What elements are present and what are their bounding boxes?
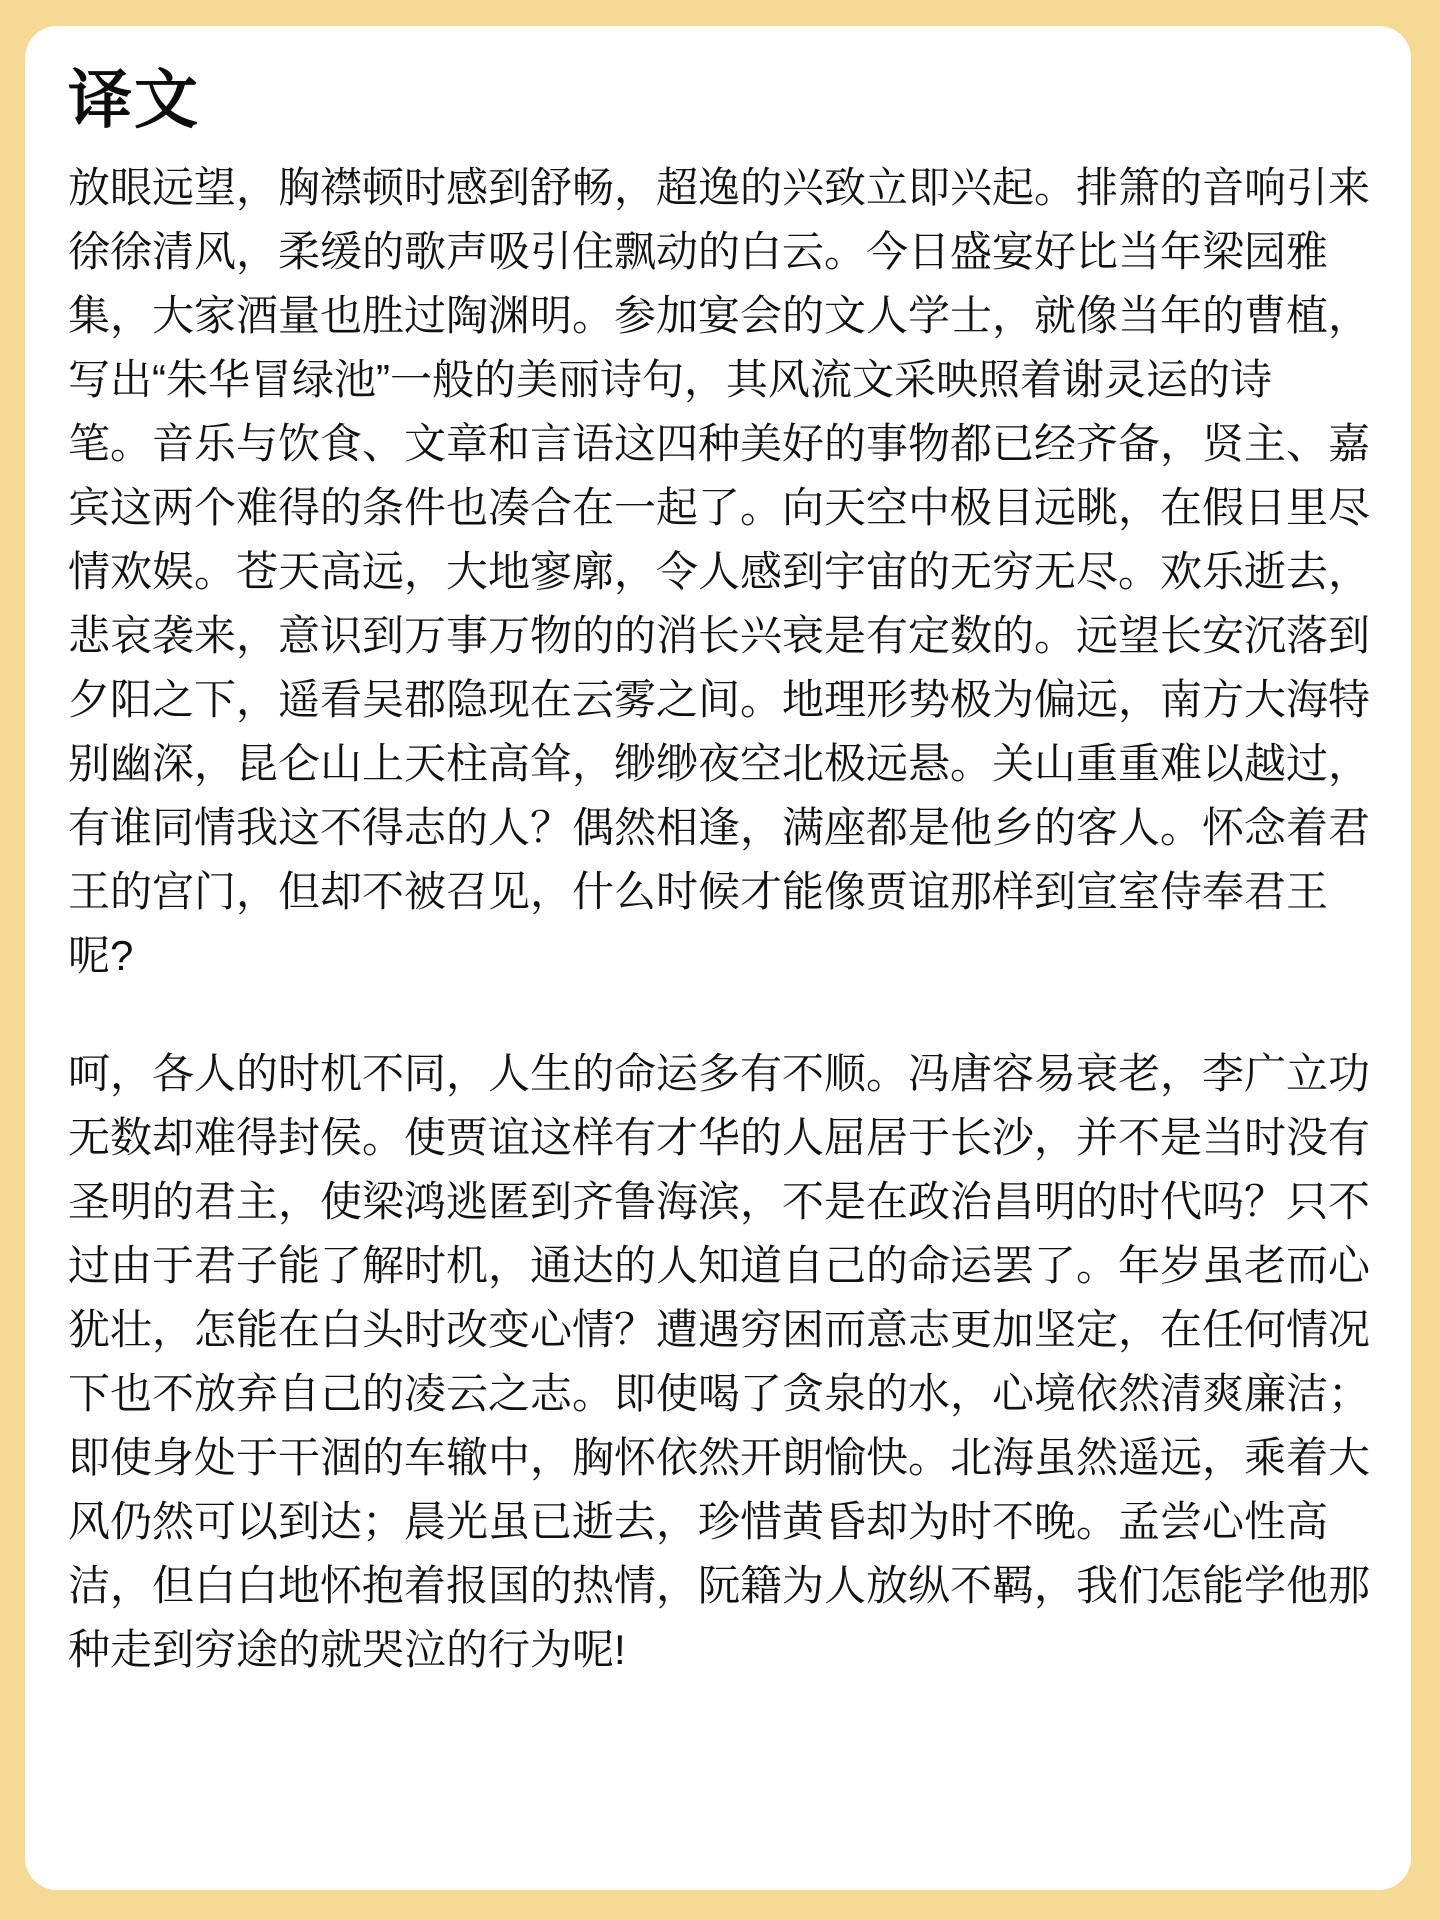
translation-paragraph-1: 放眼远望，胸襟顿时感到舒畅，超逸的兴致立即兴起。排箫的音响引来 徐徐清风，柔缓的…: [68, 156, 1383, 988]
translation-paragraph-2: 呵，各人的时机不同，人生的命运多有不顺。冯唐容易衰老，李广立功 无数却难得封侯。…: [68, 1042, 1383, 1682]
page-background: 译文 放眼远望，胸襟顿时感到舒畅，超逸的兴致立即兴起。排箫的音响引来 徐徐清风，…: [0, 0, 1440, 1920]
card-content: 译文 放眼远望，胸襟顿时感到舒畅，超逸的兴致立即兴起。排箫的音响引来 徐徐清风，…: [25, 26, 1411, 1682]
content-card: 译文 放眼远望，胸襟顿时感到舒畅，超逸的兴致立即兴起。排箫的音响引来 徐徐清风，…: [25, 26, 1411, 1890]
section-title: 译文: [68, 60, 1383, 140]
